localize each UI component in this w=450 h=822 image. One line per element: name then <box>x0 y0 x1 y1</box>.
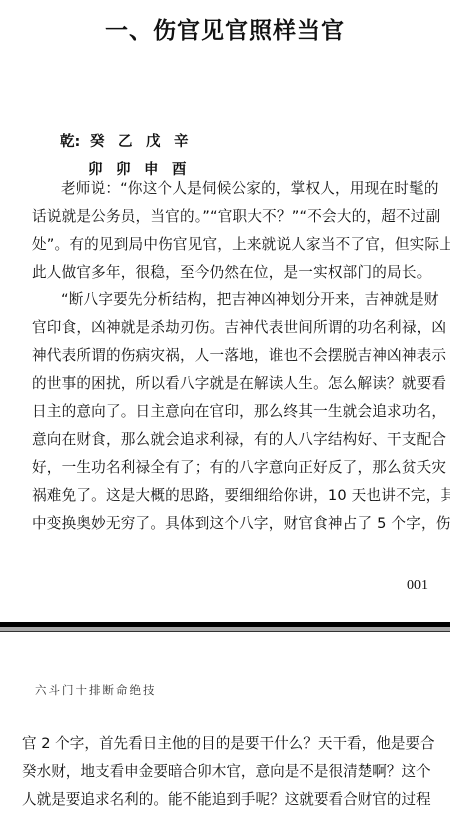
text-line: 的世事的困扰，所以看八字就是在解读人生。怎么解读？就要看 <box>32 370 428 398</box>
text-line: 话说就是公务员，当官的。”“官职大不？”“不会大的，超不过副 <box>32 203 428 231</box>
bazi-stems-row: 乾:癸乙戊辛 <box>60 130 202 151</box>
paragraph-structure-analysis: “断八字要先分析结构，把吉神凶神划分开来，吉神就是财 官印食，凶神就是杀劫刃伤。… <box>32 286 428 538</box>
stem-hour: 辛 <box>174 130 202 151</box>
text-line: 处”。有的见到局中伤官见官，上来就说人家当不了官，但实际上 <box>32 231 428 259</box>
stem-month: 乙 <box>118 130 146 151</box>
stem-day: 戊 <box>146 130 174 151</box>
text-line: 官印食，凶神就是杀劫刃伤。吉神代表世间所谓的功名利禄，凶 <box>32 314 428 342</box>
page-001: 一、伤官见官照样当官 乾:癸乙戊辛 卯卯申酉 老师说：“你这个人是伺候公家的，掌… <box>0 0 450 620</box>
chapter-title: 一、伤官见官照样当官 <box>0 12 450 45</box>
text-line: 人就是要追求名利的。能不能追到手呢？这就要看合财官的过程 <box>22 786 428 814</box>
page-002: 六斗门十排断命绝技 官 2 个字，首先看日主他的目的是要干什么？天干看，他是要合… <box>0 632 450 822</box>
text-line: 意向在财食，那么就会追求利禄，有的人八字结构好、干支配合 <box>32 426 428 454</box>
page-number: 001 <box>407 578 428 594</box>
text-line: “断八字要先分析结构，把吉神凶神划分开来，吉神就是财 <box>32 286 428 314</box>
stem-year: 癸 <box>90 130 118 151</box>
text-line: 中变换奥妙无穷了。具体到这个八字，财官食神占了 5 个字，伤 <box>32 510 428 538</box>
paragraph-continued: 官 2 个字，首先看日主他的目的是要干什么？天干看，他是要合 癸水财，地支看申金… <box>22 730 428 814</box>
text-line: 神代表所谓的伤病灾祸，人一落地，谁也不会摆脱吉神凶神表示 <box>32 342 428 370</box>
text-line: 老师说：“你这个人是伺候公家的，掌权人，用现在时髦的 <box>32 175 428 203</box>
paragraph-teacher-says: 老师说：“你这个人是伺候公家的，掌权人，用现在时髦的 话说就是公务员，当官的。”… <box>32 175 428 287</box>
text-line: 祸难免了。这是大概的思路，要细细给你讲，10 天也讲不完，其 <box>32 482 428 510</box>
text-line: 此人做官多年，很稳，至今仍然在位，是一实权部门的局长。 <box>32 259 428 287</box>
text-line: 官 2 个字，首先看日主他的目的是要干什么？天干看，他是要合 <box>22 730 428 758</box>
text-line: 好，一生功名利禄全有了；有的八字意向正好反了，那么贫夭灾 <box>32 454 428 482</box>
text-line: 日主的意向了。日主意向在官印，那么终其一生就会追求功名， <box>32 398 428 426</box>
running-header-book-title: 六斗门十排断命绝技 <box>35 682 157 698</box>
text-line: 癸水财，地支看申金要暗合卯木官，意向是不是很清楚啊？这个 <box>22 758 428 786</box>
bazi-gender-label: 乾: <box>60 130 90 151</box>
